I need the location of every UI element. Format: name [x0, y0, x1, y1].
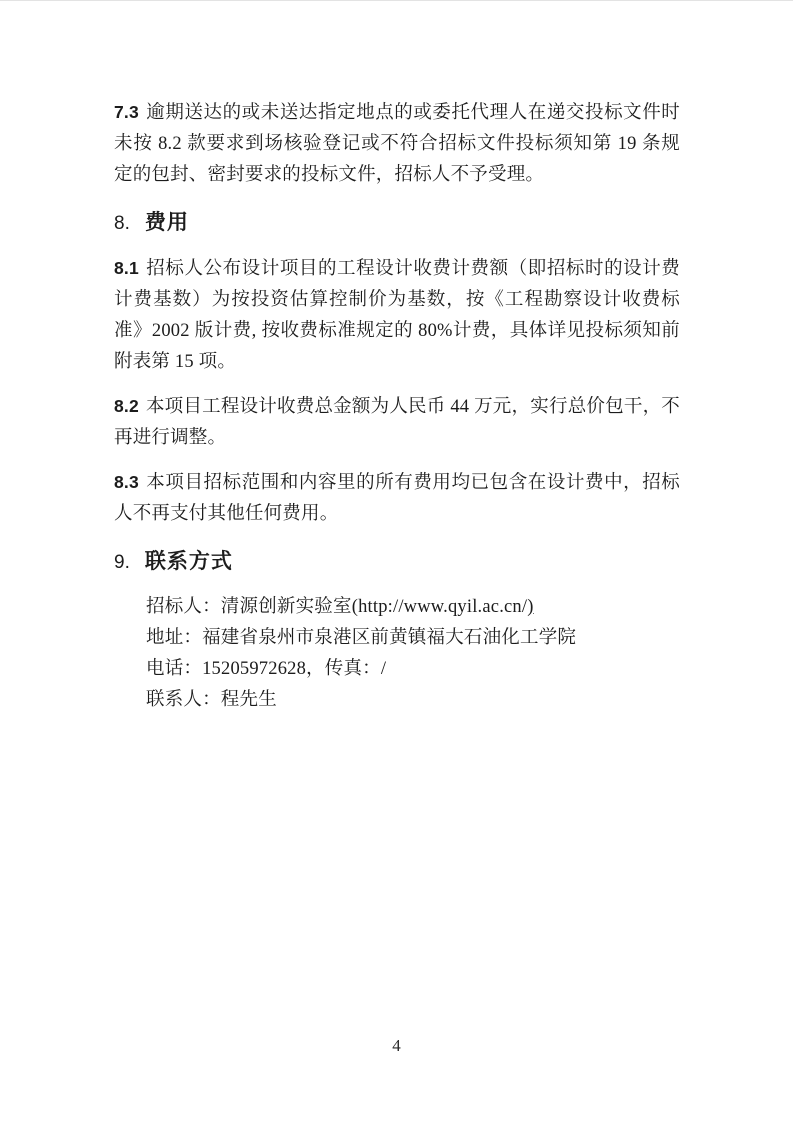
paragraph-8-1: 8.1招标人公布设计项目的工程设计收费计费额（即招标时的设计费计费基数）为按投资…	[114, 253, 680, 378]
bidder-website-link[interactable]: http://www.qyil.ac.cn/	[358, 597, 527, 617]
bidder-link-close-paren: )	[527, 597, 533, 617]
contact-block: 招标人：清源创新实验室(http://www.qyil.ac.cn/) 地址：福…	[146, 592, 680, 716]
contact-bidder-label: 招标人：清源创新实验室(	[146, 597, 358, 617]
paragraph-7-3-number: 7.3	[114, 102, 139, 122]
section-9-number: 9.	[114, 552, 130, 573]
contact-person-line: 联系人：程先生	[146, 685, 680, 716]
paragraph-8-2: 8.2本项目工程设计收费总金额为人民币 44 万元，实行总价包干，不再进行调整。	[114, 391, 680, 454]
contact-phone-line: 电话：15205972628，传真：/	[146, 654, 680, 685]
document-content: 7.3逾期送达的或未送达指定地点的或委托代理人在递交投标文件时未按 8.2 款要…	[114, 97, 680, 716]
document-page: { "page": { "number": "4" }, "content": …	[0, 0, 793, 1122]
section-8-number: 8.	[114, 213, 130, 234]
paragraph-7-3-text: 逾期送达的或未送达指定地点的或委托代理人在递交投标文件时未按 8.2 款要求到场…	[114, 103, 680, 185]
paragraph-8-2-number: 8.2	[114, 396, 139, 416]
page-number: 4	[0, 1030, 793, 1061]
paragraph-8-3-text: 本项目招标范围和内容里的所有费用均已包含在设计费中，招标人不再支付其他任何费用。	[114, 473, 680, 524]
paragraph-8-3: 8.3本项目招标范围和内容里的所有费用均已包含在设计费中，招标人不再支付其他任何…	[114, 467, 680, 530]
contact-bidder-line: 招标人：清源创新实验室(http://www.qyil.ac.cn/)	[146, 592, 680, 623]
paragraph-8-3-number: 8.3	[114, 472, 139, 492]
contact-address-line: 地址：福建省泉州市泉港区前黄镇福大石油化工学院	[146, 623, 680, 654]
section-9-heading: 9.联系方式	[114, 545, 680, 579]
paragraph-8-1-number: 8.1	[114, 258, 139, 278]
paragraph-7-3: 7.3逾期送达的或未送达指定地点的或委托代理人在递交投标文件时未按 8.2 款要…	[114, 97, 680, 191]
section-8-title: 费用	[145, 210, 189, 234]
paragraph-8-1-text: 招标人公布设计项目的工程设计收费计费额（即招标时的设计费计费基数）为按投资估算控…	[114, 259, 680, 372]
section-8-heading: 8.费用	[114, 206, 680, 240]
paragraph-8-2-text: 本项目工程设计收费总金额为人民币 44 万元，实行总价包干，不再进行调整。	[114, 397, 680, 448]
section-9-title: 联系方式	[145, 549, 233, 573]
